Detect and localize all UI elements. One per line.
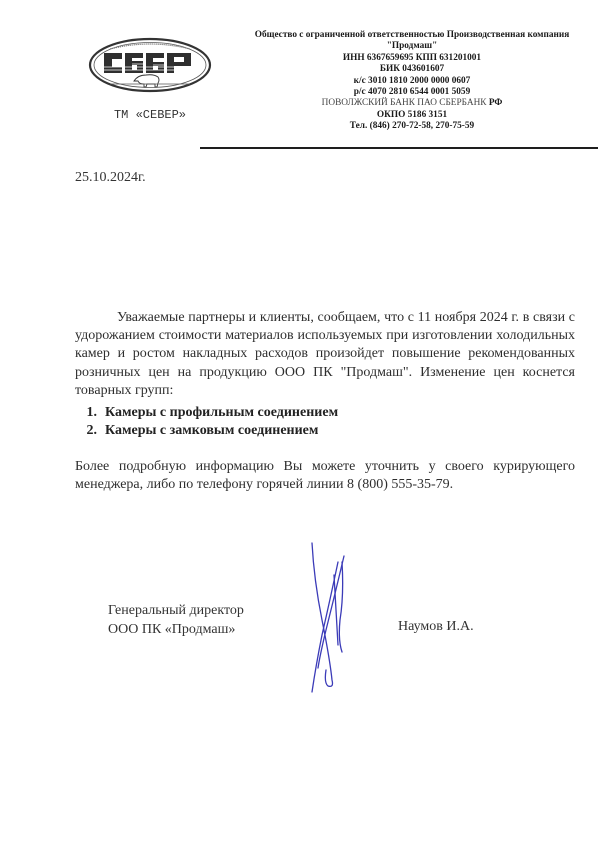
company-short-name: "Продмаш" (232, 41, 592, 52)
trademark-label: ТМ «СЕВЕР» (80, 108, 220, 122)
company-full-name: Общество с ограниченной ответственностью… (232, 30, 592, 41)
company-logo (88, 37, 212, 93)
signatory-name: Наумов И.А. (398, 619, 474, 635)
list-item: 1. Камеры с профильным соединением (75, 404, 575, 422)
product-groups-list: 1. Камеры с профильным соединением 2. Ка… (75, 404, 575, 440)
handwritten-signature-icon (300, 540, 370, 700)
signatory-position: Генеральный директор ООО ПК «Продмаш» (108, 602, 244, 639)
okpo: ОКПО 5186 3151 (232, 110, 592, 121)
inn-kpp: ИНН 6367659695 КПП 631201001 (232, 53, 592, 64)
header-divider (200, 147, 598, 149)
letter-date: 25.10.2024г. (75, 170, 146, 186)
settlement-account: р/с 4070 2810 6544 0001 5059 (232, 87, 592, 98)
list-item: 2. Камеры с замковым соединением (75, 422, 575, 440)
sever-bear-logo-icon (88, 37, 212, 93)
company-requisites: Общество с ограниченной ответственностью… (232, 30, 592, 133)
bik: БИК 043601607 (232, 64, 592, 75)
announcement-paragraph: Уважаемые партнеры и клиенты, сообщаем, … (75, 309, 575, 400)
correspondent-account: к/с 3010 1810 2000 0000 0607 (232, 76, 592, 87)
phones: Тел. (846) 270-72-58, 270-75-59 (232, 121, 592, 132)
contact-paragraph: Более подробную информацию Вы можете уто… (75, 458, 575, 494)
bank-name: ПОВОЛЖСКИЙ БАНК ПАО СБЕРБАНК РФ (232, 98, 592, 109)
